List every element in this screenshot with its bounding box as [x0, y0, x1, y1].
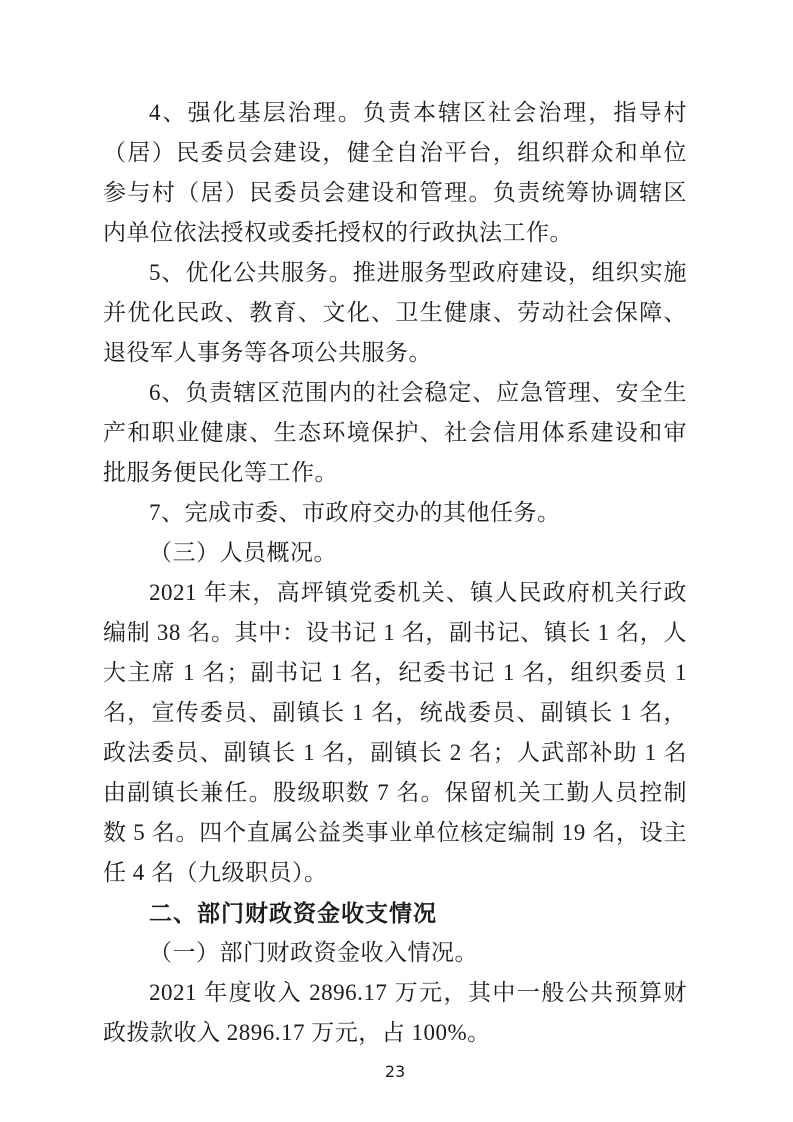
- document-content: 4、强化基层治理。负责本辖区社会治理，指导村（居）民委员会建设，健全自治平台，组…: [0, 0, 793, 1083]
- duty-paragraph-6: 6、负责辖区范围内的社会稳定、应急管理、安全生产和职业健康、生态环境保护、社会信…: [103, 373, 687, 493]
- duty-paragraph-4: 4、强化基层治理。负责本辖区社会治理，指导村（居）民委员会建设，健全自治平台，组…: [103, 93, 687, 253]
- section-heading-finance: 二、部门财政资金收支情况: [103, 893, 687, 933]
- document-page: 4、强化基层治理。负责本辖区社会治理，指导村（居）民委员会建设，健全自治平台，组…: [0, 0, 793, 1122]
- personnel-overview-paragraph: 2021 年末，高坪镇党委机关、镇人民政府机关行政编制 38 名。其中：设书记 …: [103, 573, 687, 893]
- duty-paragraph-5: 5、优化公共服务。推进服务型政府建设，组织实施并优化民政、教育、文化、卫生健康、…: [103, 253, 687, 373]
- duty-paragraph-7: 7、完成市委、市政府交办的其他任务。: [103, 493, 687, 533]
- subsection-heading-personnel: （三）人员概况。: [103, 533, 687, 573]
- page-footer: 23: [103, 1061, 687, 1083]
- revenue-paragraph: 2021 年度收入 2896.17 万元，其中一般公共预算财政拨款收入 2896…: [103, 973, 687, 1053]
- page-number: 23: [385, 1061, 405, 1083]
- subsection-heading-revenue: （一）部门财政资金收入情况。: [103, 933, 687, 973]
